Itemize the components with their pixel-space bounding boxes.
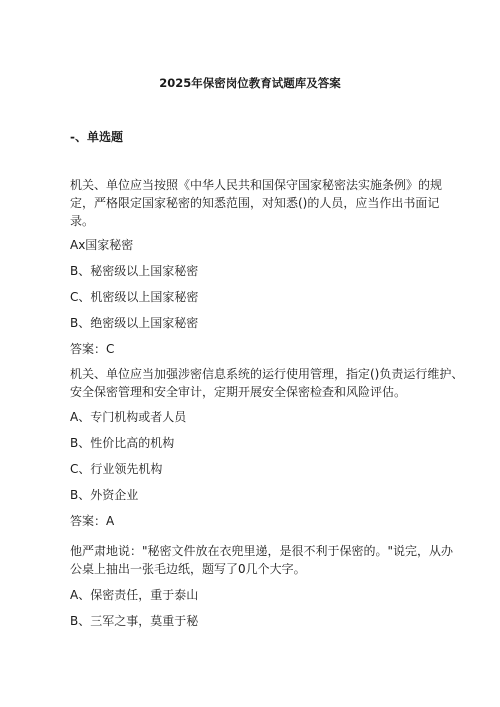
question-3-line-1: 他严肃地说："秘密文件放在衣兜里递，是很不利于保密的。"说完，从办: [70, 542, 453, 560]
question-2-option-b: B、性价比高的机构: [70, 434, 174, 452]
question-3-option-a: A、保密责任，重于泰山: [70, 586, 198, 604]
question-1-answer: 答案：C: [70, 340, 114, 358]
question-1-option-c: C、机密级以上国家秘密: [70, 288, 198, 306]
question-2-option-a: A、专门机构或者人员: [70, 408, 186, 426]
question-1-option-b: B、秘密级以上国家秘密: [70, 262, 198, 280]
question-1-line-2: 定，严格限定国家秘密的知悉范围，对知悉()的人员，应当作出书面记: [70, 194, 439, 212]
question-2-line-2: 安全保密管理和安全审计，定期开展安全保密检查和风险评估。: [70, 383, 406, 401]
question-3-option-b: B、三军之事，莫重于秘: [70, 612, 198, 630]
question-1-line-1: 机关、单位应当按照《中华人民共和国保守国家秘密法实施条例》的规: [70, 176, 442, 194]
question-2-answer: 答案：A: [70, 512, 114, 530]
question-2-option-c: C、行业领先机构: [70, 460, 162, 478]
section-heading: -、单选题: [70, 128, 123, 145]
question-1-option-d: B、绝密级以上国家秘密: [70, 314, 198, 332]
document-title: 2025年保密岗位教育试题库及答案: [0, 75, 500, 91]
question-1-line-3: 录。: [70, 212, 94, 230]
question-1-option-a: Ax国家秘密: [70, 236, 133, 254]
question-3-line-2: 公桌上抽出一张毛边纸，题写了0几个大字。: [70, 560, 306, 578]
question-2-option-d: B、外资企业: [70, 486, 138, 504]
question-2-line-1: 机关、单位应当加强涉密信息系统的运行使用管理，指定()负责运行维护、: [70, 365, 463, 383]
